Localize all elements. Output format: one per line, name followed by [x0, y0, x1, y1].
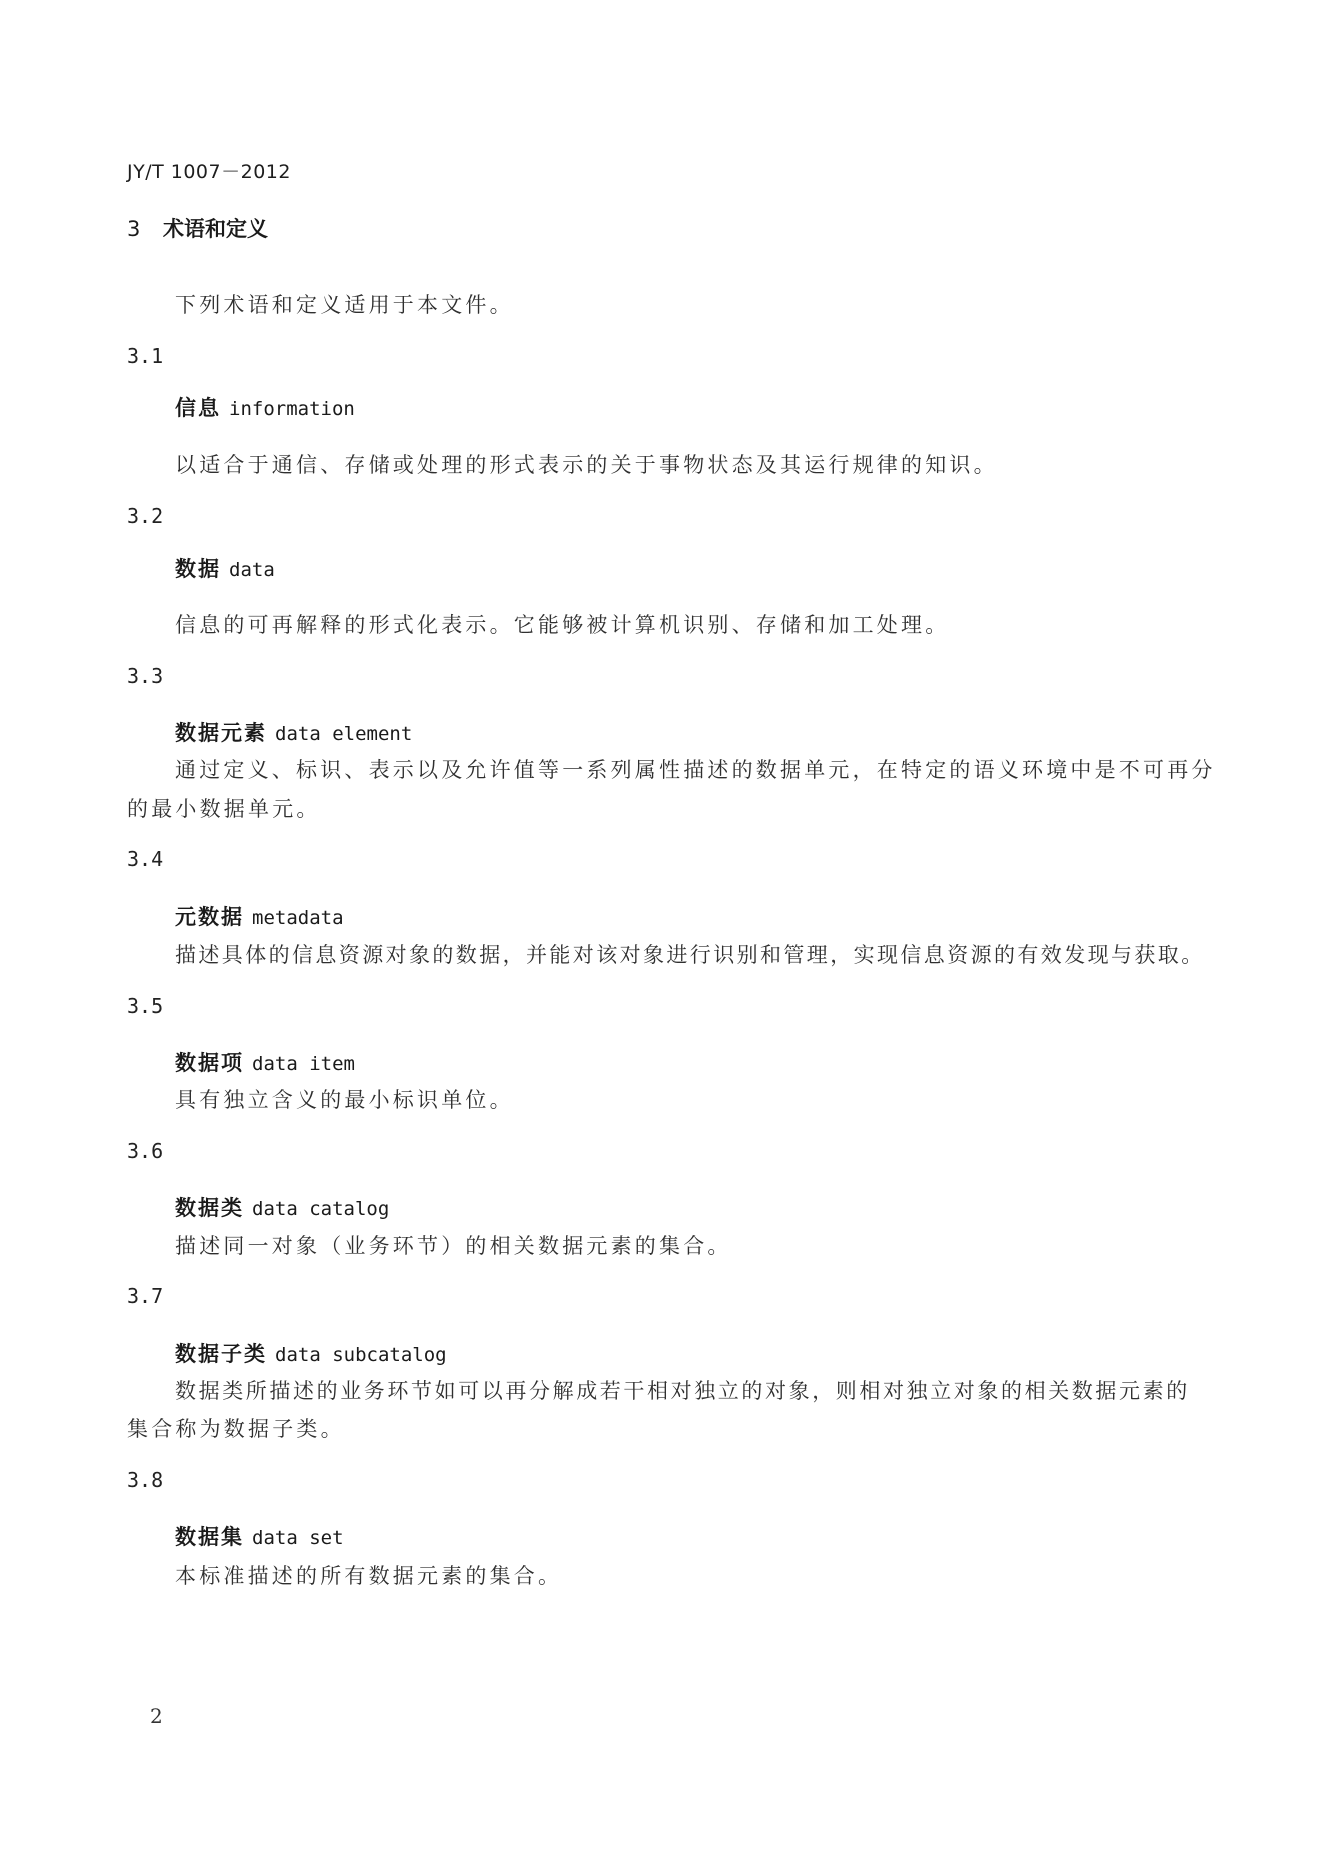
- term-number: 3.3: [127, 666, 163, 686]
- term-title: 数据项data item: [175, 1053, 355, 1074]
- term-en: information: [229, 398, 355, 420]
- term-number: 3.1: [127, 346, 163, 366]
- term-number: 3.6: [127, 1141, 163, 1161]
- chapter-title: 术语和定义: [163, 217, 268, 241]
- chapter-number: 3: [127, 219, 163, 240]
- term-definition: 本标准描述的所有数据元素的集合。: [175, 1566, 562, 1587]
- term-definition: 数据类所描述的业务环节如可以再分解成若干相对独立的对象，则相对独立对象的相关数据…: [175, 1381, 1190, 1402]
- term-zh: 元数据: [175, 905, 244, 929]
- term-definition: 信息的可再解释的形式化表示。它能够被计算机识别、存储和加工处理。: [175, 615, 949, 636]
- term-number: 3.5: [127, 996, 163, 1016]
- term-title: 数据类data catalog: [175, 1198, 389, 1219]
- term-number: 3.2: [127, 506, 163, 526]
- term-en: data element: [275, 723, 412, 745]
- term-definition: 通过定义、标识、表示以及允许值等一系列属性描述的数据单元，在特定的语义环境中是不…: [175, 760, 1216, 781]
- term-en: data catalog: [252, 1198, 389, 1220]
- term-title: 数据元素data element: [175, 723, 412, 744]
- term-zh: 数据元素: [175, 721, 267, 745]
- term-zh: 信息: [175, 396, 221, 420]
- term-zh: 数据项: [175, 1051, 244, 1075]
- term-title: 信息information: [175, 398, 355, 419]
- term-definition: 描述具体的信息资源对象的数据，并能对该对象进行识别和管理，实现信息资源的有效发现…: [175, 945, 1205, 966]
- page-number: 2: [150, 1706, 163, 1726]
- term-zh: 数据类: [175, 1196, 244, 1220]
- term-zh: 数据: [175, 557, 221, 581]
- term-zh: 数据集: [175, 1525, 244, 1549]
- chapter-heading: 3术语和定义: [127, 219, 268, 240]
- term-en: data set: [252, 1527, 344, 1549]
- term-definition: 以适合于通信、存储或处理的形式表示的关于事物状态及其运行规律的知识。: [175, 455, 998, 476]
- intro-paragraph: 下列术语和定义适用于本文件。: [175, 295, 514, 316]
- term-definition-continued: 集合称为数据子类。: [127, 1419, 345, 1440]
- term-title: 元数据metadata: [175, 907, 344, 928]
- standard-code-header: JY/T 1007－2012: [127, 163, 291, 182]
- term-number: 3.4: [127, 849, 163, 869]
- term-title: 数据子类data subcatalog: [175, 1344, 447, 1365]
- term-en: metadata: [252, 907, 344, 929]
- term-definition: 描述同一对象（业务环节）的相关数据元素的集合。: [175, 1236, 732, 1257]
- term-number: 3.8: [127, 1470, 163, 1490]
- term-en: data subcatalog: [275, 1344, 447, 1366]
- term-title: 数据集data set: [175, 1527, 344, 1548]
- term-title: 数据data: [175, 559, 275, 580]
- term-zh: 数据子类: [175, 1342, 267, 1366]
- term-definition: 具有独立含义的最小标识单位。: [175, 1090, 514, 1111]
- term-en: data item: [252, 1053, 355, 1075]
- term-en: data: [229, 559, 275, 581]
- term-number: 3.7: [127, 1286, 163, 1306]
- term-definition-continued: 的最小数据单元。: [127, 799, 321, 820]
